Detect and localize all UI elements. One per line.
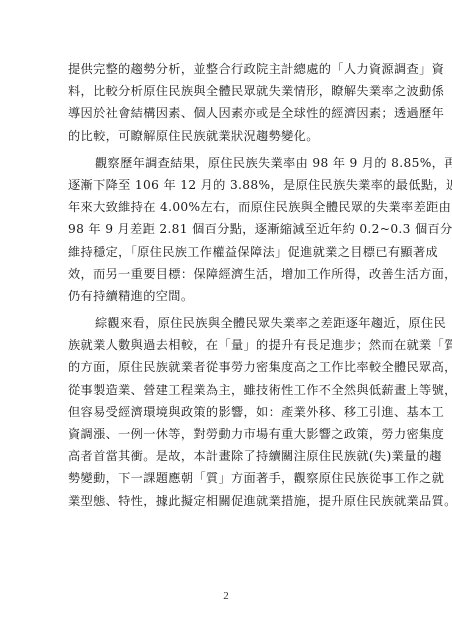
body-text: 提供完整的趨勢分析，並整合行政院主計總處的「人力資源調查」資 料，比較分析原住民…	[68, 58, 388, 512]
text-line: 的比較，可瞭解原住民族就業狀況趨勢變化。	[68, 125, 388, 147]
text-line: 資調漲、一例一休等，對勞動力市場有重大影響之政策，勞力密集度	[68, 423, 388, 445]
text-line: 提供完整的趨勢分析，並整合行政院主計總處的「人力資源調查」資	[68, 58, 388, 80]
text-line: 98 年 9 月差距 2.81 個百分點，逐漸縮減至近年約 0.2~0.3 個百…	[68, 218, 388, 240]
text-line: 的方面，原住民族就業者從事勞力密集度高之工作比率較全體民眾高，	[68, 356, 388, 378]
text-line: 導因於社會結構因素、個人因素亦或是全球性的經濟因素；透過歷年	[68, 102, 388, 124]
text-line: 綜觀來看，原住民族與全體民眾失業率之差距逐年趨近，原住民	[68, 312, 388, 334]
text-line: 料，比較分析原住民族與全體民眾就失業情形，瞭解失業率之波動係	[68, 80, 388, 102]
text-line: 從事製造業、營建工程業為主，雖技術性工作不全然與低薪畫上等號，	[68, 379, 388, 401]
paragraph-1: 提供完整的趨勢分析，並整合行政院主計總處的「人力資源調查」資 料，比較分析原住民…	[68, 58, 388, 147]
text-line: 仍有持續精進的空間。	[68, 285, 388, 307]
paragraph-2: 觀察歷年調查結果，原住民族失業率由 98 年 9 月的 8.85%，再 逐漸下降…	[68, 152, 388, 307]
text-line: 勢變動，下一課題應朝「質」方面著手，觀察原住民族從事工作之就	[68, 467, 388, 489]
text-line: 效，而另一重要目標：保障經濟生活，增加工作所得，改善生活方面，	[68, 263, 388, 285]
document-page: 提供完整的趨勢分析，並整合行政院主計總處的「人力資源調查」資 料，比較分析原住民…	[0, 0, 452, 640]
text-line: 觀察歷年調查結果，原住民族失業率由 98 年 9 月的 8.85%，再	[68, 152, 388, 174]
text-line: 族就業人數與過去相較，在「量」的提升有長足進步；然而在就業「質」	[68, 334, 388, 356]
text-line: 維持穩定，「原住民族工作權益保障法」促進就業之目標已有顯著成	[68, 241, 388, 263]
text-line: 高者首當其衝。是故，本計畫除了持續關注原住民族就(失)業量的趨	[68, 445, 388, 467]
paragraph-3: 綜觀來看，原住民族與全體民眾失業率之差距逐年趨近，原住民 族就業人數與過去相較，…	[68, 312, 388, 512]
text-line: 年來大致維持在 4.00%左右，而原住民族與全體民眾的失業率差距由	[68, 196, 388, 218]
text-line: 但容易受經濟環境與政策的影響，如：產業外移、移工引進、基本工	[68, 401, 388, 423]
page-number: 2	[0, 590, 452, 602]
text-line: 逐漸下降至 106 年 12 月的 3.88%，是原住民族失業率的最低點，近	[68, 174, 388, 196]
text-line: 業型態、特性，據此擬定相關促進就業措施，提升原住民族就業品質。	[68, 490, 388, 512]
